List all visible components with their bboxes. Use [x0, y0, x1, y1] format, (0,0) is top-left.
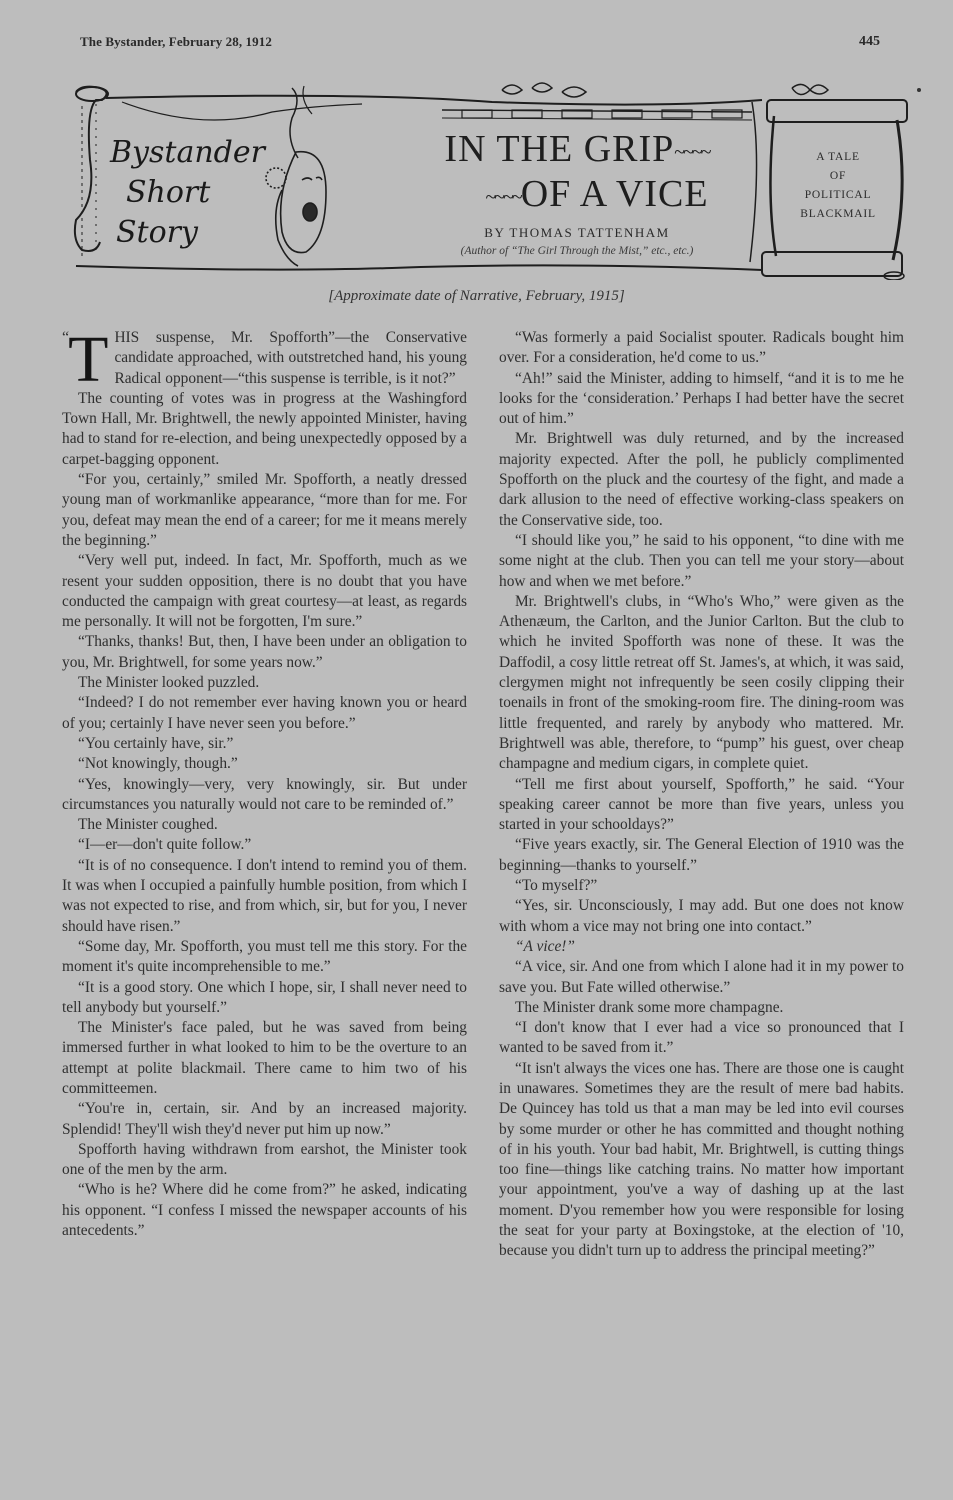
paragraph: “THIS suspense, Mr. Spofforth”—the Conse… [62, 328, 467, 389]
paragraph: “Very well put, indeed. In fact, Mr. Spo… [62, 551, 467, 632]
title-text-2: OF A VICE [521, 173, 709, 215]
paragraph: “Tell me first about yourself, Spofforth… [499, 775, 904, 836]
paragraph: “Ah!” said the Minister, adding to himse… [499, 369, 904, 430]
paragraph: Mr. Brightwell was duly returned, and by… [499, 429, 904, 530]
tagline-line: A TALE [784, 148, 892, 167]
narrative-date-text: [Approximate date of Narrative, February… [328, 288, 625, 304]
paragraph: Spofforth having withdrawn from earshot,… [62, 1140, 467, 1181]
article-column-left: “THIS suspense, Mr. Spofforth”—the Conse… [62, 328, 467, 1241]
logo-line-short: Short [126, 178, 210, 208]
tragedy-mask-icon [262, 150, 332, 270]
paragraph: “Yes, sir. Unconsciously, I may add. But… [499, 896, 904, 937]
paragraph: “It is of no consequence. I don't intend… [62, 856, 467, 937]
drop-cap: T [68, 332, 108, 388]
paragraph: “Some day, Mr. Spofforth, you must tell … [62, 937, 467, 978]
paragraph: “Thanks, thanks! But, then, I have been … [62, 632, 467, 673]
article-column-right: “Was formerly a paid Socialist spouter. … [499, 328, 904, 1262]
paragraph: “Yes, knowingly—very, very knowingly, si… [62, 775, 467, 816]
paragraph: “I don't know that I ever had a vice so … [499, 1018, 904, 1059]
logo-line-bystander: Bystander [110, 138, 265, 168]
squiggle-ornament: ~~~~ [674, 141, 709, 163]
paragraph: The Minister's face paled, but he was sa… [62, 1018, 467, 1099]
title-block: IN THE GRIP~~~~ ~~~~OF A VICE BY THOMAS … [342, 128, 812, 257]
page-number: 445 [859, 34, 880, 50]
publication-date: The Bystander, February 28, 1912 [80, 34, 272, 50]
paragraph: The Minister looked puzzled. [62, 673, 467, 693]
paragraph: The Minister drank some more champagne. [499, 998, 904, 1018]
tagline-line: OF [784, 167, 892, 186]
paragraph: “Five years exactly, sir. The General El… [499, 835, 904, 876]
paragraph-text: HIS suspense, Mr. Spofforth”—the Conserv… [114, 329, 467, 387]
logo-line-story: Story [116, 218, 198, 248]
squiggle-ornament: ~~~~ [485, 187, 520, 209]
story-title-line-1: IN THE GRIP~~~~ [342, 128, 812, 173]
paragraph: “To myself?” [499, 876, 904, 896]
paragraph: “You're in, certain, sir. And by an incr… [62, 1099, 467, 1140]
paragraph: “Indeed? I do not remember ever having k… [62, 693, 467, 734]
paragraph: “It isn't always the vices one has. Ther… [499, 1059, 904, 1262]
tagline-tablet: A TALE OF POLITICAL BLACKMAIL [784, 148, 892, 224]
paragraph: “A vice, sir. And one from which I alone… [499, 957, 904, 998]
tagline-line: POLITICAL [784, 186, 892, 205]
paragraph: “For you, certainly,” smiled Mr. Spoffor… [62, 470, 467, 551]
paragraph: Mr. Brightwell's clubs, in “Who's Who,” … [499, 592, 904, 775]
print-speck [917, 88, 921, 92]
story-title-line-2: ~~~~OF A VICE [342, 173, 812, 218]
paragraph: “Not knowingly, though.” [62, 754, 467, 774]
tagline-line: BLACKMAIL [784, 205, 892, 224]
narrative-date: [Approximate date of Narrative, February… [0, 288, 953, 305]
paragraph: “It is a good story. One which I hope, s… [62, 978, 467, 1019]
paragraph: “You certainly have, sir.” [62, 734, 467, 754]
story-banner: Bystander Short Story IN THE GRIP~~~~ ~~… [62, 80, 912, 280]
paragraph: “Who is he? Where did he come from?” he … [62, 1180, 467, 1241]
paragraph: “A vice!” [499, 937, 904, 957]
author-note: (Author of “The Girl Through the Mist,” … [342, 245, 812, 257]
paragraph: “I should like you,” he said to his oppo… [499, 531, 904, 592]
paragraph: “Was formerly a paid Socialist spouter. … [499, 328, 904, 369]
byline: BY THOMAS TATTENHAM [342, 225, 812, 241]
running-head: The Bystander, February 28, 1912 445 [80, 34, 880, 54]
paragraph: The counting of votes was in progress at… [62, 389, 467, 470]
paragraph: The Minister coughed. [62, 815, 467, 835]
title-text-1: IN THE GRIP [444, 128, 674, 170]
paragraph: “I—er—don't quite follow.” [62, 835, 467, 855]
